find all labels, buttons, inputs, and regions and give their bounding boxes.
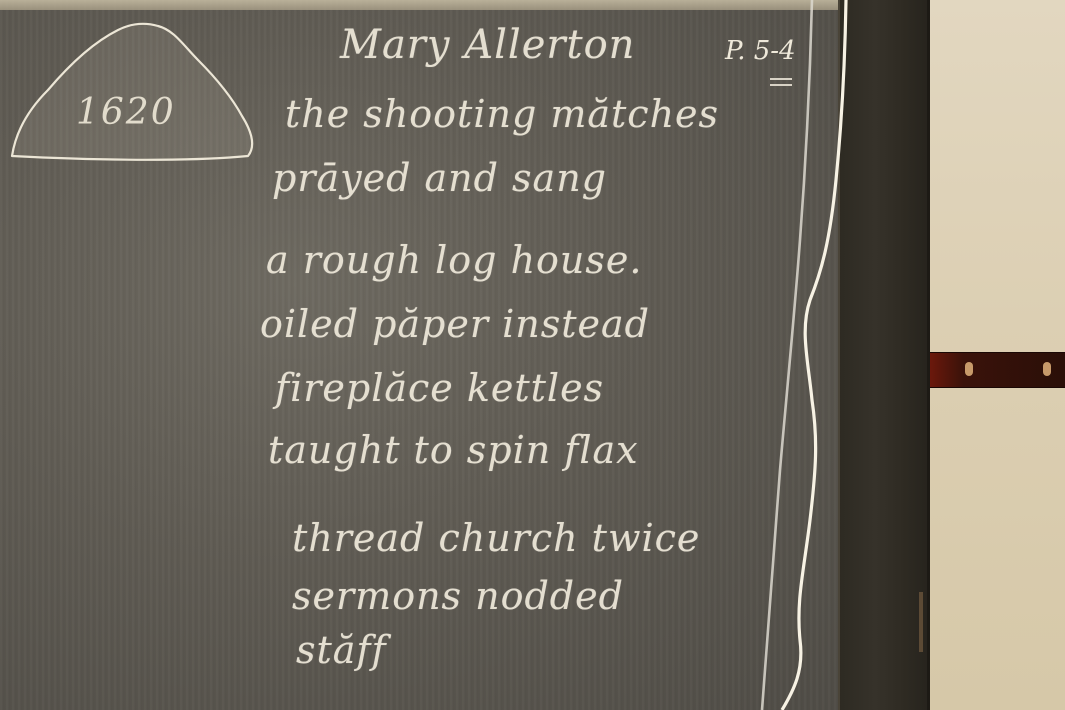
board-top-edge (0, 0, 840, 10)
chalk-line: prāyed and sang (272, 156, 607, 200)
page-ref-underline (770, 84, 792, 86)
hook-icon (1043, 362, 1051, 376)
hinge (919, 592, 923, 652)
chalk-line: sermons nodded (292, 574, 624, 618)
hook-icon (965, 362, 973, 376)
page-reference: P. 5-4 (725, 36, 796, 66)
chalk-line: the shooting mătches (285, 92, 719, 136)
photo-scene: 1620 Mary Allerton P. 5-4 the shooting m… (0, 0, 1065, 710)
chalk-line: thread church twice (292, 516, 700, 560)
year-label: 1620 (76, 92, 176, 133)
wooden-frame (838, 0, 930, 710)
page-ref-underline (770, 78, 792, 80)
chalk-line: fireplăce kettles (275, 366, 604, 410)
chalk-line: oiled păper instead (260, 302, 650, 346)
chalkboard: 1620 Mary Allerton P. 5-4 the shooting m… (0, 0, 840, 710)
chalk-line: stăff (296, 628, 387, 672)
board-title: Mary Allerton (340, 22, 635, 68)
chalk-line: taught to spin flax (268, 428, 639, 472)
chalk-line: a rough log house. (266, 238, 642, 282)
